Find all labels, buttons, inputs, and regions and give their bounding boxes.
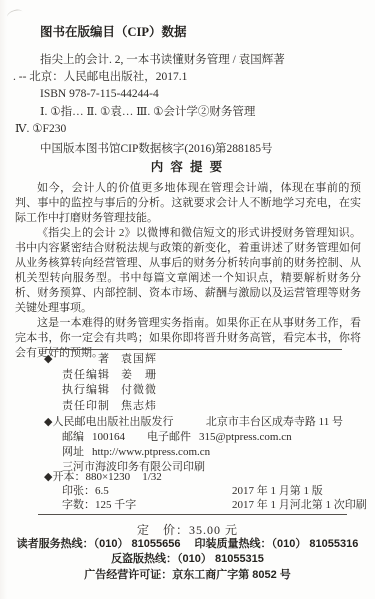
credit-label: 责任印制 xyxy=(62,399,110,415)
summary-heading: 内 容 提 要 xyxy=(0,157,375,175)
word-count-value: 字数：125 千字 xyxy=(62,499,136,511)
cip-title-line: 指尖上的会计. 2, 一本书读懂财务管理 / 袁国辉著 xyxy=(13,52,361,69)
credit-label: 执行编辑 xyxy=(62,383,110,399)
summary-paragraph-1: 如今，会计人的价值更多地体现在管理会计端，体现在事前的预判、事中的监控与事后的分… xyxy=(15,181,361,226)
website-row: 网址http://www.ptpress.com.cn xyxy=(44,445,343,460)
publisher-block: ◆人民邮电出版社出版发行 北京市丰台区成寿寺路 11 号 邮编100164电子邮… xyxy=(44,415,343,475)
piracy-hotline-label: 反盗版热线： xyxy=(111,553,177,565)
divider-bottom xyxy=(38,514,347,515)
reader-hotline-label: 读者服务热线： xyxy=(17,538,94,550)
printing-value: 2017 年 1 月河北第 1 次印刷 xyxy=(232,498,367,512)
credit-label: 责任编辑 xyxy=(62,368,110,384)
email-value: 315@ptpress.com.cn xyxy=(199,431,292,443)
cip-publication-line: . -- 北京：人民邮电出版社，2017.1 xyxy=(13,69,361,86)
piracy-hotline-number: （010） 81055315 xyxy=(177,553,264,565)
edition-value: 2017 年 1 月第 1 版 xyxy=(232,484,323,498)
format-size-label: 开本： xyxy=(52,471,85,483)
website-label: 网址 xyxy=(62,446,84,458)
cip-class-line-1: Ⅰ. ①指… Ⅱ. ①袁… Ⅲ. ①会计学②财务管理 xyxy=(13,104,361,121)
hotline-piracy: 反盗版热线：（010） 81055315 xyxy=(0,550,375,566)
scan-artifact xyxy=(6,8,24,22)
book-copyright-page: 图书在版编目（CIP）数据 指尖上的会计. 2, 一本书读懂财务管理 / 袁国辉… xyxy=(0,0,375,599)
publisher-name: ◆人民邮电出版社出版发行 xyxy=(44,415,173,430)
divider-top xyxy=(45,349,342,350)
author-row: ◆著袁国辉 xyxy=(44,352,157,368)
credit-row: 执行编辑付微微 xyxy=(44,383,157,399)
credit-value: 付微微 xyxy=(121,383,157,399)
license-line: 广告经营许可证：京东工商广字第 8052 号 xyxy=(0,566,375,582)
quality-hotline-number: （010） 81055316 xyxy=(272,538,359,550)
cip-classification: Ⅰ. ①指… Ⅱ. ①袁… Ⅲ. ①会计学②财务管理 Ⅳ. ①F230 xyxy=(13,104,361,137)
format-size-value: 880×1230 xyxy=(85,471,130,483)
cip-class-line-2: Ⅳ. ①F230 xyxy=(13,121,361,138)
credit-row: 责任印制焦志炜 xyxy=(44,399,157,415)
author-name: 袁国辉 xyxy=(121,352,157,368)
author-label: 著 xyxy=(62,352,110,368)
sheets-edition-row: 印张：6.5 2017 年 1 月第 1 版 xyxy=(44,484,343,498)
reader-hotline-number: （010） 81055656 xyxy=(94,538,181,550)
publisher-row: ◆人民邮电出版社出版发行 北京市丰台区成寿寺路 11 号 xyxy=(44,415,343,430)
postcode-value: 100164 xyxy=(92,431,125,443)
format-size-row: ◆开本：880×12301/32 xyxy=(44,470,343,484)
cip-record: 指尖上的会计. 2, 一本书读懂财务管理 / 袁国辉著 . -- 北京：人民邮电… xyxy=(13,52,361,103)
summary-paragraph-2: 《指尖上的会计 2》以微博和微信短文的形式讲授财务管理知识。书中内容紧密结合财税… xyxy=(15,226,361,316)
credit-value: 焦志炜 xyxy=(121,399,157,415)
credit-value: 姜 珊 xyxy=(121,368,157,384)
isbn-line: ISBN 978-7-115-44244-4 xyxy=(13,86,361,103)
sheet-fraction: 1/32 xyxy=(142,471,162,483)
sheets-value: 印张：6.5 xyxy=(62,485,109,497)
postcode-email-row: 邮编100164电子邮件315@ptpress.com.cn xyxy=(44,430,343,445)
credits-block: ◆著袁国辉 责任编辑姜 珊 执行编辑付微微 责任印制焦志炜 xyxy=(44,352,157,414)
format-block: ◆开本：880×12301/32 印张：6.5 2017 年 1 月第 1 版 … xyxy=(44,470,343,512)
publisher-address: 北京市丰台区成寿寺路 11 号 xyxy=(206,415,343,430)
summary-body: 如今，会计人的价值更多地体现在管理会计端，体现在事前的预判、事中的监控与事后的分… xyxy=(15,181,361,361)
cip-record-number: 中国版本图书馆CIP数据核字(2016)第288185号 xyxy=(40,140,273,156)
cip-header: 图书在版编目（CIP）数据 xyxy=(40,22,187,40)
diamond-bullet: ◆ xyxy=(44,352,62,368)
email-label: 电子邮件 xyxy=(147,431,191,443)
wordcount-printing-row: 字数：125 千字 2017 年 1 月河北第 1 次印刷 xyxy=(44,498,343,512)
hotline-reader-quality: 读者服务热线：（010） 81055656印装质量热线：（010） 810553… xyxy=(0,535,375,551)
postcode-label: 邮编 xyxy=(62,431,84,443)
credit-row: 责任编辑姜 珊 xyxy=(44,368,157,384)
website-value: http://www.ptpress.com.cn xyxy=(92,446,210,458)
quality-hotline-label: 印装质量热线： xyxy=(195,538,272,550)
